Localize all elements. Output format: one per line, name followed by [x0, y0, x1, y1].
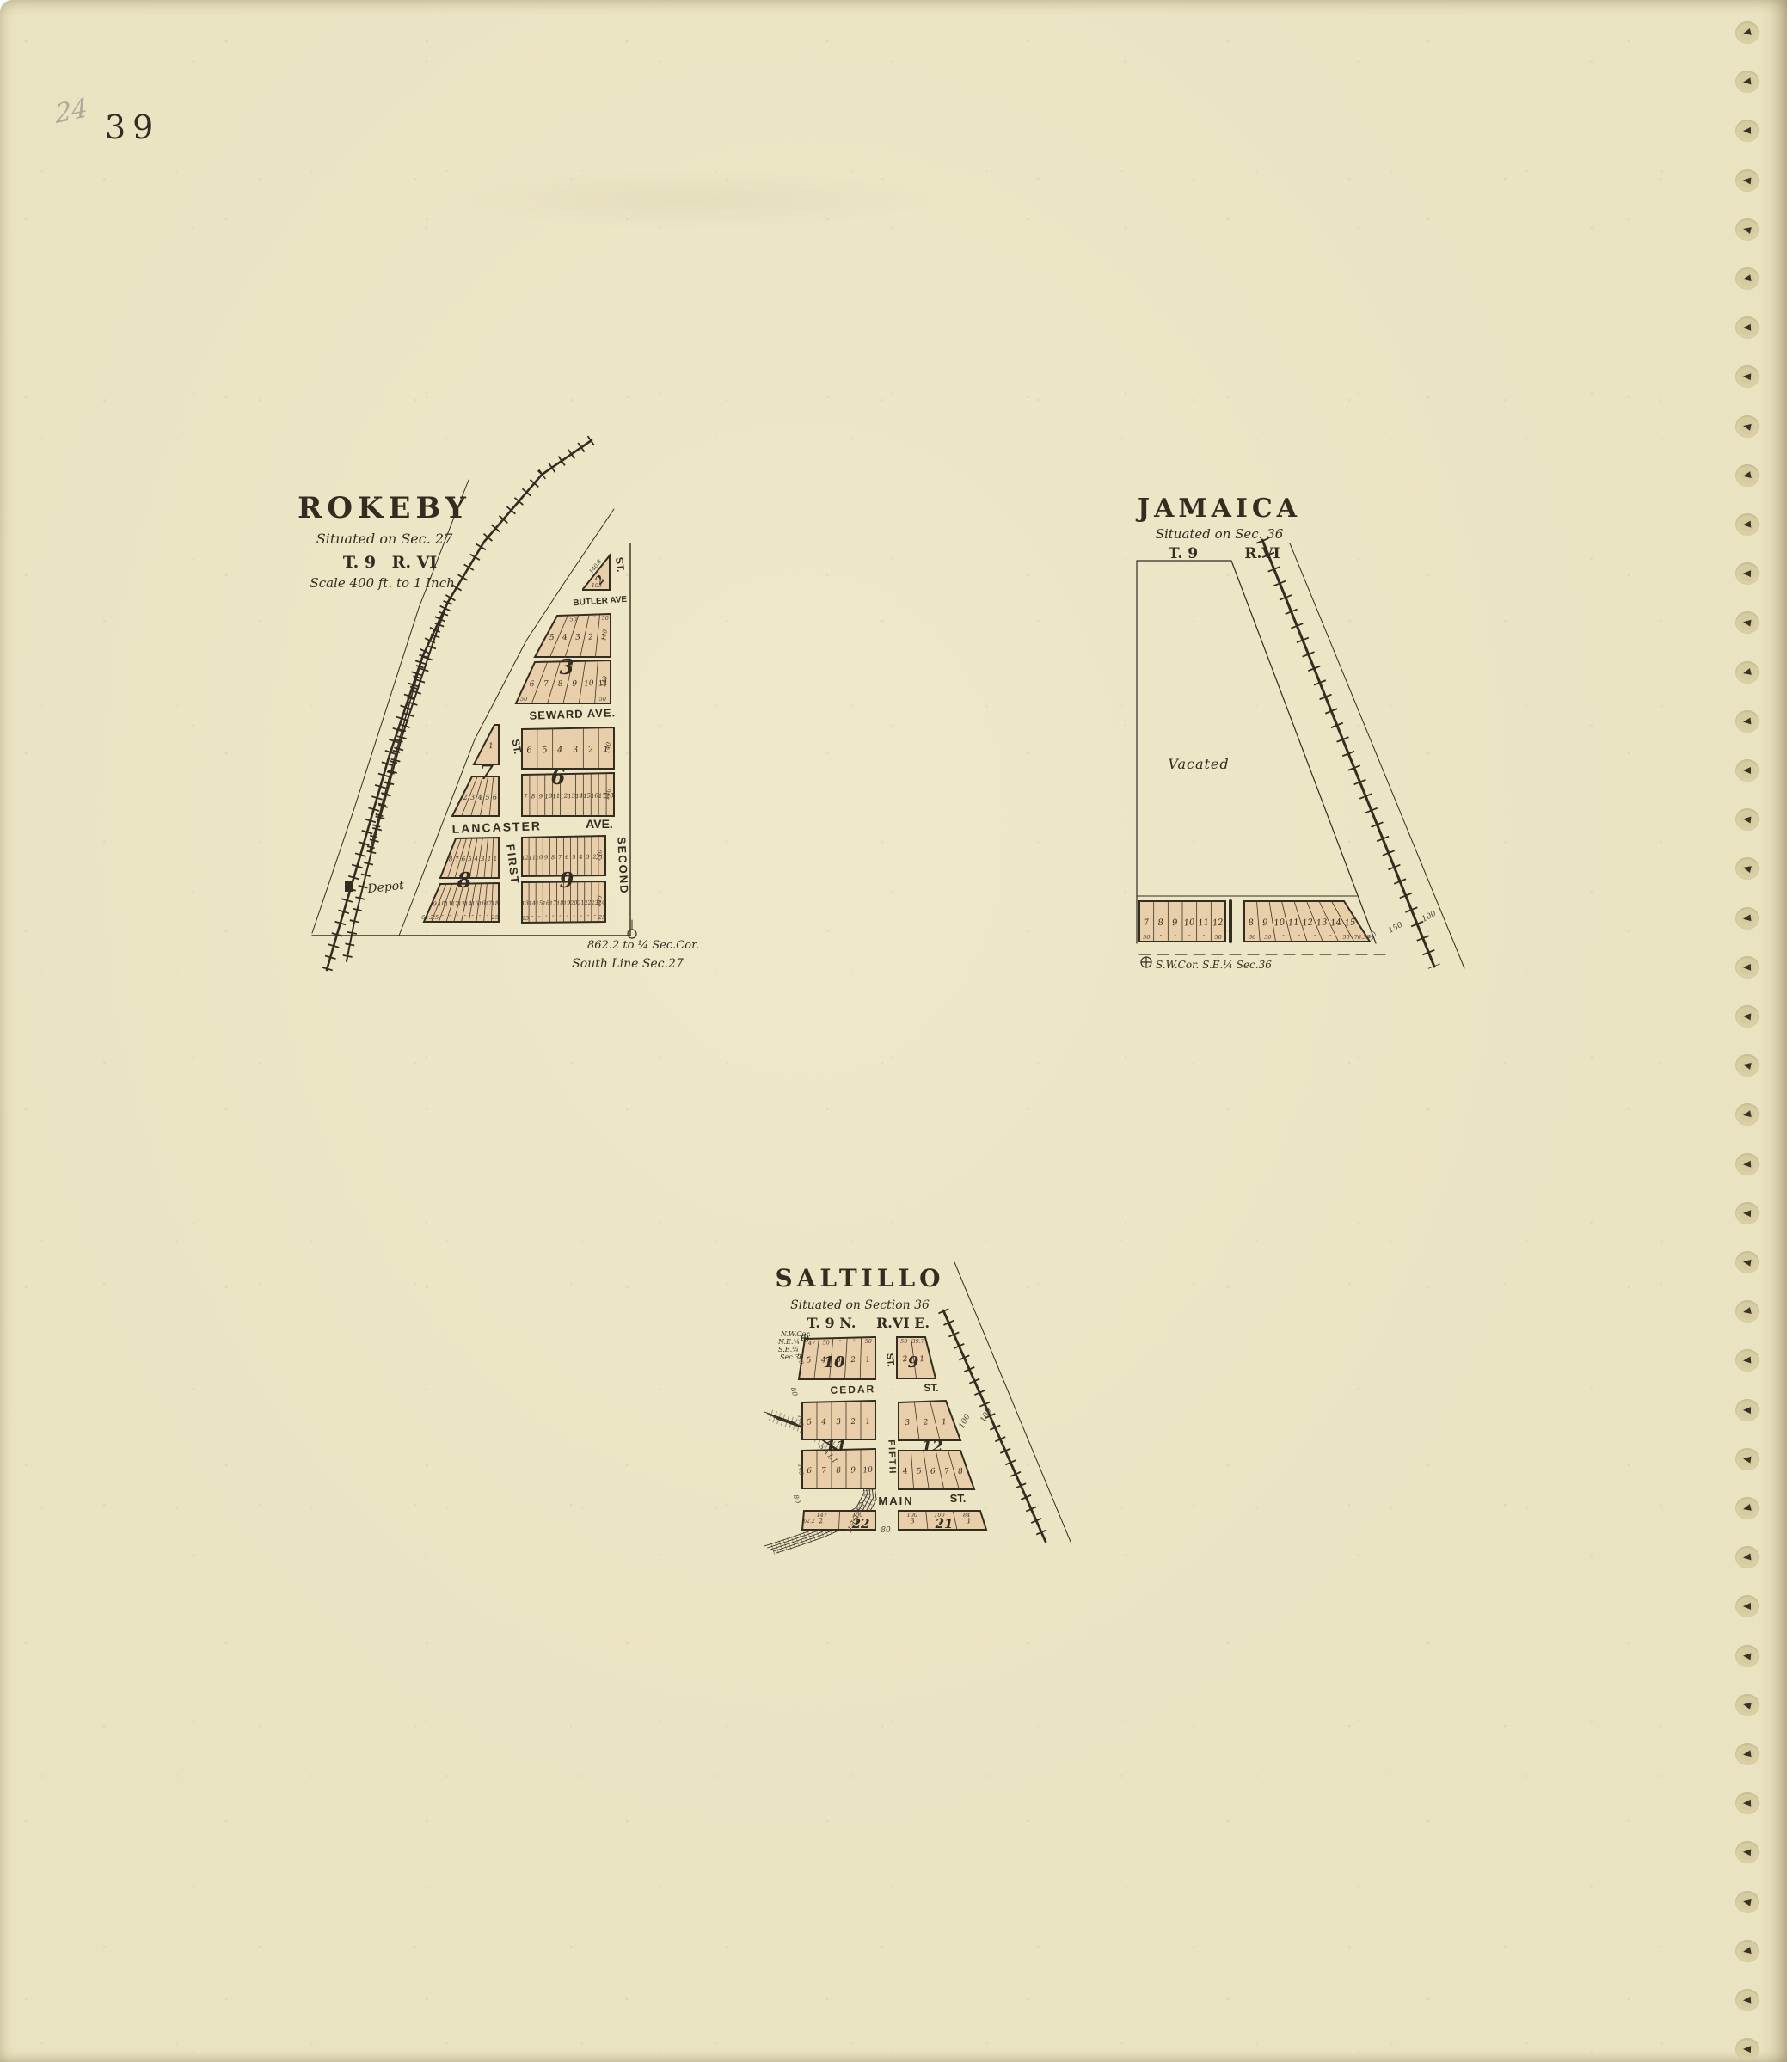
- street-label: AVE.: [586, 817, 613, 831]
- lot-number: 3: [470, 793, 476, 801]
- plat-rokeby: 5432150″″501406789101150″″″″501406543211…: [298, 440, 699, 971]
- measurement-label: 50: [1143, 934, 1150, 941]
- script-label: Vacated: [1168, 756, 1229, 772]
- lot-number: 10: [862, 1466, 874, 1476]
- block-number: 6: [551, 764, 566, 789]
- lot-number: 1: [865, 1417, 871, 1427]
- street-label: LANCASTER: [451, 819, 542, 836]
- lot-number: 11: [1198, 917, 1210, 928]
- lot-number: 12: [1212, 917, 1224, 928]
- measurement-label: 25: [431, 914, 439, 921]
- street-label: FIRST: [504, 844, 522, 886]
- script-label: Situated on Sec. 36: [1156, 526, 1284, 542]
- measurement-label: 50: [1215, 934, 1222, 941]
- measurement-label: 100: [1421, 910, 1438, 924]
- plat-jamaica: 78910111250″″″″50891011121314156650″″″″5…: [1135, 494, 1464, 971]
- measurement-label: 50: [1342, 934, 1349, 941]
- measurement-label: 50: [822, 1339, 829, 1346]
- street-label: SECOND: [615, 837, 631, 895]
- lot-number: 2: [462, 793, 468, 801]
- lot-number: 10: [535, 854, 543, 862]
- lot-number: 9: [433, 900, 437, 907]
- paper-sheet: 24 39 5432150″″501406789101150″″″″501406…: [0, 0, 1787, 2062]
- lot-number: 1: [865, 1355, 871, 1365]
- township-label: T. 9: [1169, 545, 1198, 562]
- lot-number: 4: [578, 853, 583, 860]
- lot-number: 10: [1273, 917, 1286, 928]
- street-label: ST.: [510, 739, 525, 756]
- block-outline: [899, 1451, 974, 1489]
- lot-number: 12: [1302, 917, 1314, 928]
- measurement-label: 100: [958, 1413, 973, 1430]
- block-number: 21: [935, 1516, 954, 1531]
- lot-number: 4: [820, 1418, 827, 1427]
- street-label: FIFTH: [886, 1439, 897, 1476]
- measurement-label: 25: [491, 914, 499, 921]
- lot-number: 4: [556, 746, 563, 756]
- measurement-label: 50: [599, 696, 606, 703]
- township-label: R.VI E.: [876, 1315, 930, 1331]
- measurement-label: 25: [521, 915, 529, 922]
- script-label: Depot: [366, 879, 405, 897]
- block-number: 12: [921, 1438, 942, 1456]
- lot-number: 6: [565, 854, 569, 861]
- street-label: BUTLER AVE: [573, 595, 628, 608]
- depot-building: [345, 881, 353, 892]
- street-label: MAIN: [878, 1494, 913, 1507]
- measurement-label: 84: [963, 1512, 970, 1519]
- lot-number: 13: [1316, 917, 1328, 928]
- lot-number: 4: [562, 634, 568, 643]
- lot-number: 1: [919, 1355, 925, 1365]
- lot-number: 11: [1287, 917, 1299, 928]
- lot-number: 10: [1183, 917, 1195, 928]
- block-number: 9: [560, 868, 574, 893]
- lot-number: 4: [476, 793, 482, 801]
- lot-number: 6: [492, 793, 497, 801]
- script-label: South Line Sec.27: [572, 957, 684, 971]
- measurement-label: 150: [1387, 921, 1404, 936]
- script-label: S.E.¼: [778, 1346, 799, 1353]
- measurement-label: 66: [1249, 934, 1255, 941]
- lot-number: 4: [901, 1467, 908, 1476]
- plat-title: ROKEBY: [298, 491, 471, 525]
- block-number: 10: [823, 1353, 845, 1372]
- lot-number: 18: [491, 899, 499, 907]
- lot-number: 9: [544, 854, 549, 861]
- lot-number: 2: [922, 1418, 929, 1427]
- township-label: T. 9 N.: [807, 1315, 856, 1331]
- lot-number: 5: [485, 793, 490, 801]
- measurement-label: 147: [817, 1512, 828, 1519]
- lot-number: 8: [551, 854, 555, 861]
- lot-number: 15: [1344, 917, 1356, 928]
- lot-number: 5: [572, 854, 576, 861]
- township-label: R. VI: [392, 553, 438, 572]
- measurement-label: 50: [900, 1338, 907, 1345]
- lot-number: 14: [1330, 917, 1342, 928]
- lot-number: 2: [586, 745, 593, 755]
- lot-number: 10: [584, 679, 595, 689]
- script-label: N.W.Cor.: [780, 1330, 811, 1338]
- block-number: 8: [457, 868, 472, 893]
- measurement-label: 80: [789, 1386, 799, 1396]
- lot-number: 2: [850, 1356, 856, 1365]
- measurement-label: 62.2: [803, 1519, 815, 1525]
- measurement-label: 47: [807, 1340, 816, 1347]
- township-label: R.VI: [1244, 545, 1280, 562]
- scanned-atlas-page: { "page": { "printed_number": "39", "pen…: [0, 0, 1792, 2062]
- lot-number: 5: [542, 746, 548, 756]
- measurement-label: 50: [602, 615, 609, 622]
- section-corner-symbol: [628, 930, 636, 938]
- plat-map-svg: 5432150″″501406789101150″″″″501406543211…: [0, 0, 1792, 2062]
- measurement-label: 50: [1264, 934, 1271, 941]
- measurement-label: 50: [569, 616, 576, 623]
- measurement-label: 50: [520, 696, 527, 703]
- lot-number: 2: [587, 633, 594, 642]
- script-label: N.E.¼: [777, 1338, 800, 1346]
- street-label: ST.: [613, 556, 627, 573]
- railroad-row-boundary: [954, 1262, 1071, 1542]
- script-label: Scale 400 ft. to 1 Inch.: [310, 575, 458, 591]
- lot-number: 3: [572, 746, 578, 756]
- script-label: 862.2 to ¼ Sec.Cor.: [587, 939, 699, 952]
- street-label: ST.: [950, 1492, 967, 1505]
- street-label: SEWARD AVE.: [529, 706, 616, 722]
- lot-number: 2: [850, 1418, 856, 1427]
- plat-title: JAMAICA: [1135, 494, 1301, 524]
- lot-number: 8: [1248, 918, 1254, 929]
- township-label: T. 9: [343, 553, 376, 572]
- block-number: 7: [480, 759, 494, 784]
- plat-title: SALTILLO: [775, 1264, 944, 1292]
- measurement-label: 80: [881, 1526, 891, 1535]
- measurement-label: 39.7: [912, 1338, 925, 1345]
- block-number: 3: [560, 654, 574, 679]
- measurement-label: 100: [907, 1512, 917, 1519]
- lot-number: 3: [586, 853, 590, 860]
- street-label: CEDAR: [830, 1383, 875, 1396]
- plat-saltillo: 543214750″″50215039.75432167891032145678…: [764, 1262, 1071, 1553]
- script-label: Situated on Sec. 27: [316, 531, 453, 547]
- measurement-label: 25: [598, 914, 605, 921]
- lot-number: 1: [488, 742, 494, 752]
- street-label: ST.: [924, 1382, 938, 1394]
- lot-number: 8: [1157, 918, 1163, 929]
- measurement-label: 80: [792, 1494, 801, 1504]
- lot-number: 1: [942, 1418, 948, 1427]
- measurement-label: 140: [796, 1415, 804, 1427]
- street-label: ST.: [884, 1353, 895, 1367]
- measurement-label: 140: [796, 1464, 804, 1476]
- measurement-label: 50: [865, 1338, 872, 1345]
- block-number: 9: [908, 1353, 919, 1372]
- script-label: S.W.Cor. S.E.¼ Sec.36: [1156, 959, 1272, 971]
- lot-number: 4: [473, 856, 478, 863]
- script-label: Situated on Section 36: [790, 1298, 930, 1312]
- lot-number: 1: [493, 856, 497, 862]
- railroad-track: [370, 655, 423, 851]
- measurement-label: 105: [592, 582, 602, 589]
- measurement-label: 140: [796, 1353, 804, 1365]
